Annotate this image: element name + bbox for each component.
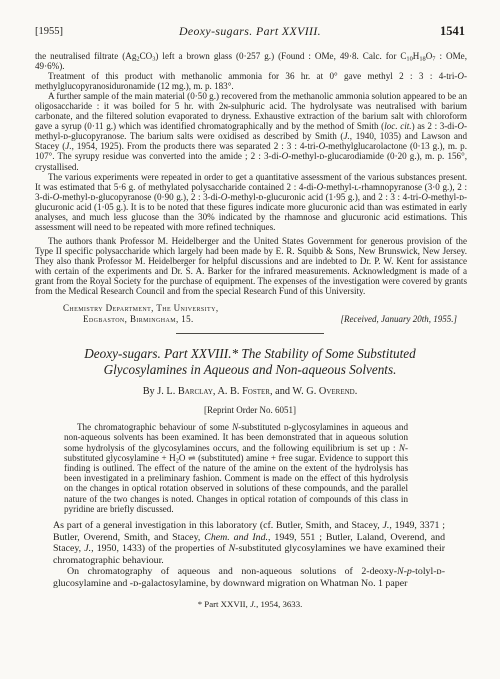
paragraph: The various experiments were repeated in… (35, 172, 467, 232)
article-byline: By J. L. Barclay, A. B. Foster, and W. G… (0, 386, 500, 397)
paragraph: Treatment of this product with methanoli… (35, 71, 467, 91)
journal-page: [1955] Deoxy-sugars. Part XXVIII. 1541 t… (0, 0, 500, 679)
paragraph: A further sample of the main material (0… (35, 91, 467, 171)
received-date: [Received, January 20th, 1955.] (341, 314, 457, 324)
abstract-paragraph: The chromatographic behaviour of some N-… (64, 422, 408, 514)
address-block: Chemistry Department, The University, Ed… (35, 303, 465, 324)
reprint-order: [Reprint Order No. 6051] (0, 405, 500, 415)
previous-article-end: the neutralised filtrate (Ag2CO3) left a… (35, 51, 467, 296)
header-page-number: 1541 (440, 24, 465, 39)
footnote: * Part XXVII, J., 1954, 3633. (0, 599, 500, 609)
paragraph: As part of a general investigation in th… (53, 520, 445, 566)
article-divider (176, 333, 324, 334)
acknowledgments-paragraph: The authors thank Professor M. Heidelber… (35, 236, 467, 296)
paragraph: On chromatography of aqueous and non-aqu… (53, 566, 445, 589)
running-head: [1955] Deoxy-sugars. Part XXVIII. 1541 (35, 24, 465, 40)
header-running-title: Deoxy-sugars. Part XXVIII. (35, 24, 465, 39)
article-body: As part of a general investigation in th… (53, 520, 445, 590)
abstract: The chromatographic behaviour of some N-… (64, 422, 408, 514)
paragraph: the neutralised filtrate (Ag2CO3) left a… (35, 51, 467, 71)
article-title: Deoxy-sugars. Part XXVIII.* The Stabilit… (65, 346, 435, 377)
address-line-1: Chemistry Department, The University, (35, 303, 465, 314)
